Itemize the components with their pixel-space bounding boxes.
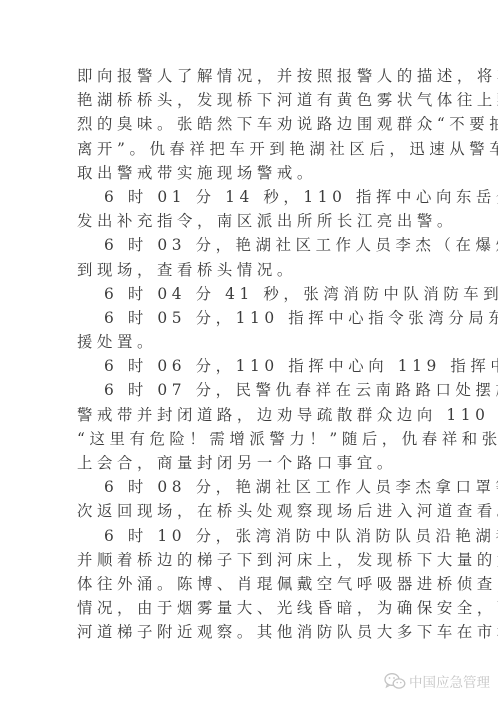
text-line: 6 时 01 分 14 秒，110 指挥中心向东岳分局南区派出所 bbox=[77, 185, 425, 209]
text-line: 并顺着桥边的梯子下到河床上，发现桥下大量的黄色雾状气 bbox=[77, 548, 425, 572]
text-line: 6 时 08 分，艳湖社区工作人员李杰拿口罩等防护用品再 bbox=[77, 475, 425, 499]
document-body: 即向报警人了解情况，并按照报警人的描述，将车直接开到 艳湖桥桥头，发现桥下河道有… bbox=[77, 64, 425, 645]
wechat-icon bbox=[384, 672, 406, 690]
text-line: 即向报警人了解情况，并按照报警人的描述，将车直接开到 bbox=[77, 64, 425, 88]
text-line: 河道梯子附近观察。其他消防队员大多下车在市场路维持秩 bbox=[77, 620, 425, 644]
watermark-text: 中国应急管理 bbox=[409, 671, 490, 691]
watermark: 中国应急管理 bbox=[384, 670, 490, 692]
text-line: 离开”。仇春祥把车开到艳湖社区后，迅速从警车后备箱中 bbox=[77, 137, 425, 161]
text-line: 体往外涌。陈博、肖琨佩戴空气呼吸器进桥侦查，察看洞内 bbox=[77, 572, 425, 596]
text-line: 取出警戒带实施现场警戒。 bbox=[77, 161, 425, 185]
text-line: 6 时 06 分，110 指挥中心向 119 指挥中心通报警情。 bbox=[77, 354, 425, 378]
text-line: 警戒带并封闭道路，边劝导疏散群众边向 110 指挥中心报告 bbox=[77, 403, 425, 427]
text-line: 艳湖桥桥头，发现桥下河道有黄色雾状气体往上飘，伴有强 bbox=[77, 88, 425, 112]
text-line: 6 时 03 分，艳湖社区工作人员李杰（在爆炸中遇难）赶 bbox=[77, 233, 425, 257]
text-line: 上会合，商量封闭另一个路口事宜。 bbox=[77, 451, 425, 475]
text-line: 6 时 07 分，民警仇春祥在云南路路口处摆放锥形桶、拉 bbox=[77, 378, 425, 402]
text-line: 情况，由于烟雾量大、光线昏暗，为确保安全，两人退出至 bbox=[77, 596, 425, 620]
text-line: 次返回现场，在桥头处观察现场后进入河道查看。 bbox=[77, 499, 425, 523]
text-line: 援处置。 bbox=[77, 330, 425, 354]
text-line: 烈的臭味。张皓然下车劝说路边围观群众“不要抽烟、赶紧 bbox=[77, 112, 425, 136]
text-line: 6 时 10 分，张湾消防中队消防队员沿艳湖巷墙脚往西走， bbox=[77, 524, 425, 548]
text-line: 6 时 04 分 41 秒，张湾消防中队消防车到达现场。 bbox=[77, 282, 425, 306]
text-line: 发出补充指令，南区派出所所长江亮出警。 bbox=[77, 209, 425, 233]
text-line: 到现场，查看桥头情况。 bbox=[77, 258, 425, 282]
text-line: 6 时 05 分，110 指挥中心指令张湾分局东岳路派出所增 bbox=[77, 306, 425, 330]
text-line: “这里有危险！需增派警力！”随后，仇春祥和张皓然在桥 bbox=[77, 427, 425, 451]
